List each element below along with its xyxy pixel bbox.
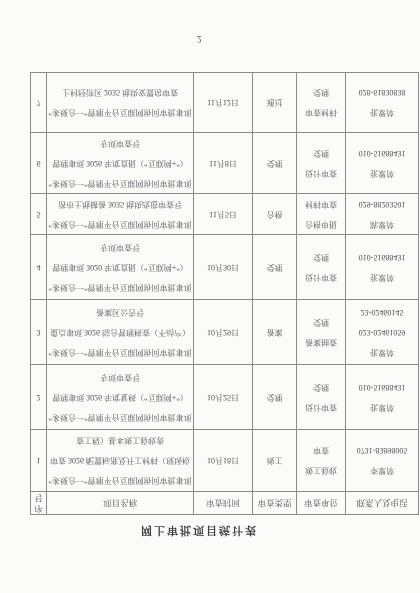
cell-line: 7 [32,93,45,113]
cell-line: 2 [32,387,45,407]
review-date-cell: 10月18日 [194,430,253,492]
cell-line: 5 [32,204,45,224]
review-unit-cell: 设计审查受理 [297,133,346,194]
header-review-unit: 审查单位 [297,492,346,515]
page-title: 网上审批项目统计表 [141,523,258,539]
cell-line: 11月12日 [195,93,251,113]
project-name-cell: “多规合一”管理平台互联网协同审批事项上村经济区 2035 地块安置房审查 [47,73,194,133]
cell-line: 4 [32,257,45,277]
cell-line: 通过 [254,93,295,113]
contact-phone-cell: 张翠萍010-51688431 [346,235,419,300]
contact-phone-cell: 张翠萍010-51688431 [346,133,419,194]
cell-line: 审查 [298,441,344,461]
cell-line: 029-88203501 [347,194,417,214]
review-table: 序号 项目名称 审查时间 审查类型 审查单位 联系人及电话 1“多规合一”管理平… [30,72,419,515]
review-type-cell: 受理 [253,133,297,194]
cell-line: 管理事项 3026 年度复核（“互联网+”） [48,387,192,407]
header-row-number: 序号 [31,492,47,515]
cell-line: 设计审查 [298,163,344,183]
row-number-cell: 6 [31,133,47,194]
cell-line: 专项审查号 [48,237,192,257]
row-number-cell: 2 [31,365,47,430]
review-unit-cell: 审查材料受理 [297,73,346,133]
contact-phone-cell: 李翠萍0731-83898005 [346,430,419,492]
cell-line: 审查材料 [298,103,344,123]
cell-line: 0731-83898005 [347,441,417,461]
cell-line: 张翠萍 [347,267,417,287]
review-type-cell: 受理 [253,235,297,300]
cell-line: 管理事项 3020 年度直报（“互联网+”） [48,257,192,277]
cell-line: “多规合一”管理平台互联网协同审批事项 [48,173,192,193]
review-unit-cell: 竣工验收审查 [297,430,346,492]
contact-phone-cell: 张翠萍023-0246105923-02460145 [346,300,419,365]
project-name-cell: “多规合一”管理平台互联网协同审批事项管理事项 3020 年度直报（“互联网+”… [47,235,194,300]
header-project-name: 项目名称 [47,492,194,515]
review-type-cell: 受理 [253,365,297,430]
cell-line: 重点事项 3026 综合管理核查（不动产） [48,322,192,342]
cell-line: 028-61830838 [347,83,417,103]
review-unit-cell: 设计审查受理 [297,235,346,300]
cell-line: “多规合一”管理平台互联网协同审批事项 [48,214,192,234]
cell-line: “多规合一”管理平台互联网协同审批事项 [48,277,192,297]
cell-line: 李翠萍 [347,461,417,481]
review-date-cell: 10月25日 [194,365,253,430]
table-row: 1“多规合一”管理平台互联网协同审批事项审查 3026 配置标准及开工材料（现场… [31,430,419,492]
cell-line: 张翠萍 [347,397,417,417]
row-number-cell: 5 [31,194,47,235]
cell-line: 受理 [298,143,344,163]
project-name-cell: “多规合一”管理平台互联网协同审批事项洛市土地储备 3035 地块改造审查号 [47,194,194,235]
page-number: 2 [197,34,202,44]
header-contact-phone: 联系人及电话 [346,492,419,515]
review-unit-cell: 合格申报材料审查 [297,194,346,235]
cell-line: 竣工验收 [298,461,344,481]
cell-line: 合格 [254,204,295,224]
cell-line: 设计审查 [298,397,344,417]
row-number-cell: 3 [31,300,47,365]
row-number-cell: 7 [31,73,47,133]
review-type-cell: 合格 [253,194,297,235]
cell-line: 10月25日 [195,387,251,407]
cell-line: 上村经济区 2035 地块安置房审查 [48,83,192,103]
review-unit-cell: 备案抽查受理 [297,300,346,365]
cell-line: “多规合一”管理平台互联网协同审批事项 [48,103,192,123]
cell-line: 陈翠萍 [347,214,417,234]
cell-line: 受理 [298,83,344,103]
cell-line: 审查 3026 配置标准及开工材料（现场检 [48,451,192,471]
table-header-row: 序号 项目名称 审查时间 审查类型 审查单位 联系人及电话 [31,492,419,515]
cell-line: 10月30日 [195,257,251,277]
row-number-cell: 4 [31,235,47,300]
cell-line: 10月18日 [195,451,251,471]
table-row: 6“多规合一”管理平台互联网协同审批事项管理事项 3026 年度直报（“互联网+… [31,133,419,194]
review-date-cell: 11月12日 [194,73,253,133]
cell-line: 专项审查号 [48,133,192,153]
cell-line: 10月29日 [195,322,251,342]
cell-line: 设计审查 [298,267,344,287]
cell-line: 张翠萍 [347,342,417,362]
cell-line: 受理 [254,387,295,407]
cell-line: 张翠萍 [347,163,417,183]
table-row: 4“多规合一”管理平台互联网协同审批事项管理事项 3020 年度直报（“互联网+… [31,235,419,300]
review-date-cell: 11月5日 [194,194,253,235]
cell-line: 受理 [254,257,295,277]
cell-line: 010-51688431 [347,377,417,397]
cell-line: 专项审查号 [48,367,192,387]
cell-line: 6 [32,153,45,173]
header-review-date: 审查时间 [194,492,253,515]
table-body: 1“多规合一”管理平台互联网协同审批事项审查 3026 配置标准及开工材料（现场… [31,73,419,492]
cell-line: 查工程）基本竣工验收表 [48,431,192,451]
review-unit-cell: 设计审查受理 [297,365,346,430]
cell-line: 3 [32,322,45,342]
project-name-cell: “多规合一”管理平台互联网协同审批事项重点事项 3026 综合管理核查（不动产）… [47,300,194,365]
cell-line: 竣工 [254,451,295,471]
cell-line: “多规合一”管理平台互联网协同审批事项 [48,407,192,427]
review-type-cell: 备案 [253,300,297,365]
cell-line: 备案 [254,322,295,342]
cell-line: 11月8日 [195,153,251,173]
cell-line: 受理 [298,247,344,267]
table-row: 2“多规合一”管理平台互联网协同审批事项管理事项 3026 年度复核（“互联网+… [31,365,419,430]
cell-line: 张翠萍 [347,103,417,123]
review-type-cell: 通过 [253,73,297,133]
contact-phone-cell: 张翠萍010-51688431 [346,365,419,430]
page-content: 网上审批项目统计表 序号 项目名称 审查时间 审查类型 审查单位 联系人及电话 … [0,0,420,593]
row-number-cell: 1 [31,430,47,492]
project-name-cell: “多规合一”管理平台互联网协同审批事项管理事项 3026 年度复核（“互联网+”… [47,365,194,430]
cell-line: 管理事项 3026 年度直报（“互联网+”） [48,153,192,173]
cell-line: 11月5日 [195,204,251,224]
table-row: 7“多规合一”管理平台互联网协同审批事项上村经济区 2035 地块安置房审查11… [31,73,419,133]
table-row: 5“多规合一”管理平台互联网协同审批事项洛市土地储备 3035 地块改造审查号1… [31,194,419,235]
cell-line: 洛市土地储备 3035 地块改造审查号 [48,194,192,214]
cell-line: 合格申报 [298,214,344,234]
project-name-cell: “多规合一”管理平台互联网协同审批事项管理事项 3026 年度直报（“互联网+”… [47,133,194,194]
cell-line: 受理 [254,153,295,173]
contact-phone-cell: 张翠萍028-61830838 [346,73,419,133]
cell-line: 备案区公告号 [48,302,192,322]
cell-line: 备案抽查 [298,332,344,352]
cell-line: 受理 [298,312,344,332]
contact-phone-cell: 陈翠萍029-88203501 [346,194,419,235]
cell-line: 1 [32,451,45,471]
cell-line: 023-02461059 [347,322,417,342]
project-name-cell: “多规合一”管理平台互联网协同审批事项审查 3026 配置标准及开工材料（现场检… [47,430,194,492]
table-row: 3“多规合一”管理平台互联网协同审批事项重点事项 3026 综合管理核查（不动产… [31,300,419,365]
cell-line: 010-51688431 [347,247,417,267]
review-date-cell: 10月30日 [194,235,253,300]
cell-line: 受理 [298,377,344,397]
cell-line: 010-51688431 [347,143,417,163]
header-review-type: 审查类型 [253,492,297,515]
cell-line: “多规合一”管理平台互联网协同审批事项 [48,342,192,362]
cell-line: 23-02460145 [347,302,417,322]
cell-line: “多规合一”管理平台互联网协同审批事项 [48,471,192,491]
cell-line: 材料审查 [298,194,344,214]
review-date-cell: 11月8日 [194,133,253,194]
review-type-cell: 竣工 [253,430,297,492]
review-date-cell: 10月29日 [194,300,253,365]
scanned-page: 网上审批项目统计表 序号 项目名称 审查时间 审查类型 审查单位 联系人及电话 … [0,0,420,593]
